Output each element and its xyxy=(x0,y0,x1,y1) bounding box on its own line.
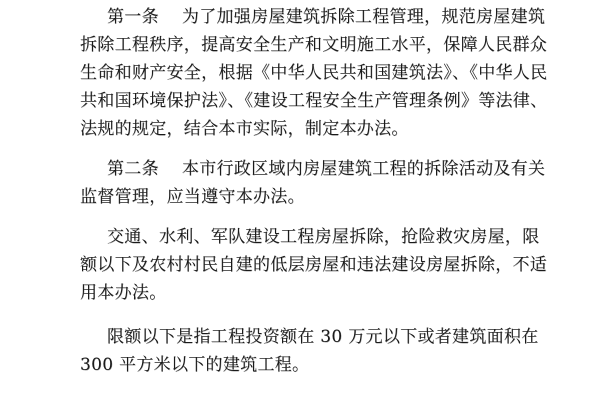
document-page: 第一条 为了加强房屋建筑拆除工程管理，规范房屋建筑 拆除工程秩序，提高安全生产和… xyxy=(0,0,600,399)
text-line: 交通、水利、军队建设工程房屋拆除，抢险救灾房屋，限 xyxy=(80,223,542,251)
paragraph-article-2: 第二条 本市行政区域内房屋建筑工程的拆除活动及有关 监督管理，应当遵守本办法。 xyxy=(80,155,542,211)
text-line: 额以下及农村村民自建的低层房屋和违法建设房屋拆除，不适 xyxy=(80,251,542,279)
text-line: 限额以下是指工程投资额在 30 万元以下或者建筑面积在 xyxy=(80,323,542,351)
text-line: 监督管理，应当遵守本办法。 xyxy=(80,183,542,211)
paragraph-article-1: 第一条 为了加强房屋建筑拆除工程管理，规范房屋建筑 拆除工程秩序，提高安全生产和… xyxy=(80,3,542,143)
text-line: 第二条 本市行政区域内房屋建筑工程的拆除活动及有关 xyxy=(80,155,542,183)
text-line: 拆除工程秩序，提高安全生产和文明施工水平，保障人民群众 xyxy=(80,31,542,59)
paragraph-scope-exclusions: 交通、水利、军队建设工程房屋拆除，抢险救灾房屋，限 额以下及农村村民自建的低层房… xyxy=(80,223,542,307)
paragraph-threshold-definition: 限额以下是指工程投资额在 30 万元以下或者建筑面积在 300 平方米以下的建筑… xyxy=(80,323,542,379)
document-text-block: 第一条 为了加强房屋建筑拆除工程管理，规范房屋建筑 拆除工程秩序，提高安全生产和… xyxy=(0,0,600,379)
text-line: 300 平方米以下的建筑工程。 xyxy=(80,351,542,379)
text-line: 生命和财产安全，根据《中华人民共和国建筑法》、《中华人民 xyxy=(80,59,542,87)
text-line: 第一条 为了加强房屋建筑拆除工程管理，规范房屋建筑 xyxy=(80,3,542,31)
text-line: 用本办法。 xyxy=(80,279,542,307)
text-line: 法规的规定，结合本市实际，制定本办法。 xyxy=(80,115,542,143)
text-line: 共和国环境保护法》、《建设工程安全生产管理条例》等法律、 xyxy=(80,87,542,115)
